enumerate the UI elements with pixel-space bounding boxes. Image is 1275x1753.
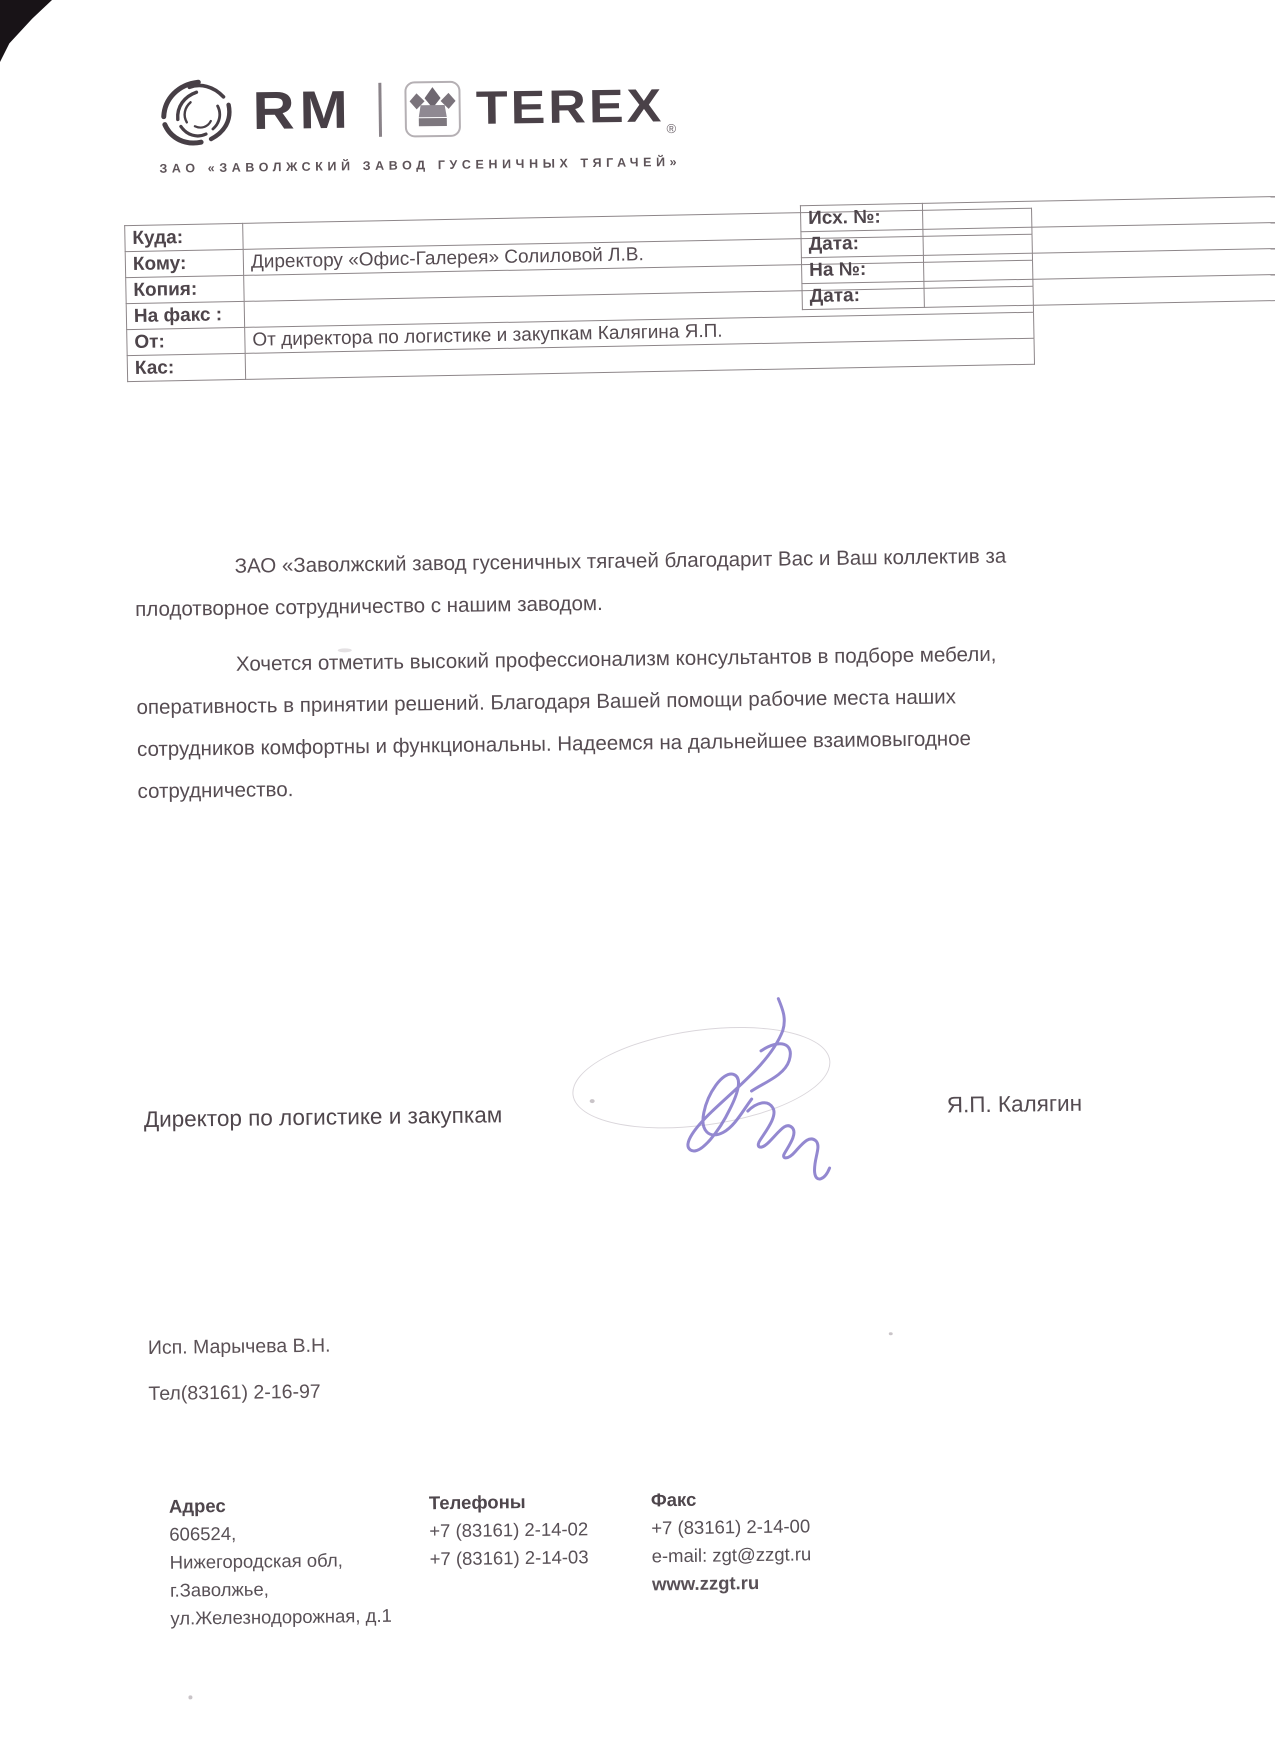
field-label-iskh-no: Исх. №: [800, 203, 922, 231]
fax-right-table: Исх. №: Дата: На №: Дата: [800, 188, 1275, 310]
footer-email: e-mail: zgt@zzgt.ru [651, 1540, 811, 1570]
footer-fax-column: Факс +7 (83161) 2-14-00 e-mail: zgt@zzgt… [651, 1484, 812, 1598]
field-label-na-faks: На факс : [126, 301, 244, 329]
scan-content: RM TEREX ® ЗАО «ЗАВОЛЖСКИЙ ЗАВОД ГУСЕНИЧ… [0, 0, 1275, 1753]
letterhead-logo: RM TEREX ® [150, 70, 676, 149]
footer-address-column: Адрес 606524, Нижегородская обл, г.Завол… [169, 1490, 392, 1633]
terex-wordmark: TEREX [476, 83, 665, 132]
rm-swirl-icon [150, 76, 247, 149]
footer-phones-column: Телефоны +7 (83161) 2-14-02 +7 (83161) 2… [429, 1487, 589, 1573]
footer-fax-number: +7 (83161) 2-14-00 [651, 1512, 811, 1542]
scan-speck [188, 1695, 192, 1699]
field-label-kopiya: Копия: [126, 275, 244, 303]
footer-fax-heading: Факс [651, 1484, 811, 1514]
body-paragraph-2: Хочется отметить высокий профессионализм… [136, 633, 1080, 813]
field-label-ot: От: [127, 327, 245, 355]
footer-phones-heading: Телефоны [429, 1487, 588, 1517]
field-label-kas: Кас: [127, 353, 245, 381]
footer-address-heading: Адрес [169, 1490, 391, 1521]
footer-address-line: ул.Железнодорожная, д.1 [170, 1602, 392, 1633]
footer-phone-line: +7 (83161) 2-14-02 [429, 1515, 588, 1545]
footer-address-line: г.Заволжье, [170, 1574, 392, 1605]
letter-body: ЗАО «Заволжский завод гусеничных тягачей… [134, 535, 1080, 827]
field-label-na-no: На №: [801, 255, 923, 283]
fax-routing-table: Куда: Кому: Директору «Офис-Галерея» Сол… [124, 208, 1035, 383]
footer-phone-line: +7 (83161) 2-14-03 [429, 1543, 588, 1573]
scan-speck [889, 1332, 893, 1335]
footer-address-line: 606524, [169, 1518, 391, 1549]
executor-name: Исп. Марычева В.Н. [148, 1335, 331, 1360]
logo-divider [379, 83, 383, 137]
registered-trademark-icon: ® [666, 121, 676, 136]
footer-website: www.zzgt.ru [652, 1568, 812, 1598]
body-paragraph-1: ЗАО «Заволжский завод гусеничных тягачей… [134, 535, 1077, 631]
executor-phone: Тел(83161) 2-16-97 [148, 1381, 321, 1406]
field-label-data-2: Дата: [802, 281, 924, 309]
field-label-komu: Кому: [125, 249, 243, 277]
signature-name: Я.П. Калягин [947, 1091, 1083, 1119]
terex-crown-icon [404, 80, 463, 139]
field-label-data-1: Дата: [801, 229, 923, 257]
signature-role: Директор по логистике и закупкам [144, 1102, 503, 1133]
scan-speck [590, 1099, 595, 1103]
scanned-letter-page: RM TEREX ® ЗАО «ЗАВОЛЖСКИЙ ЗАВОД ГУСЕНИЧ… [0, 0, 1275, 1753]
rm-wordmark: RM [252, 83, 353, 138]
footer-address-line: Нижегородская обл, [169, 1546, 391, 1577]
company-tagline: ЗАО «ЗАВОЛЖСКИЙ ЗАВОД ГУСЕНИЧНЫХ ТЯГАЧЕЙ… [159, 155, 681, 176]
field-label-kuda: Куда: [125, 223, 243, 251]
handwritten-signature [610, 988, 853, 1191]
